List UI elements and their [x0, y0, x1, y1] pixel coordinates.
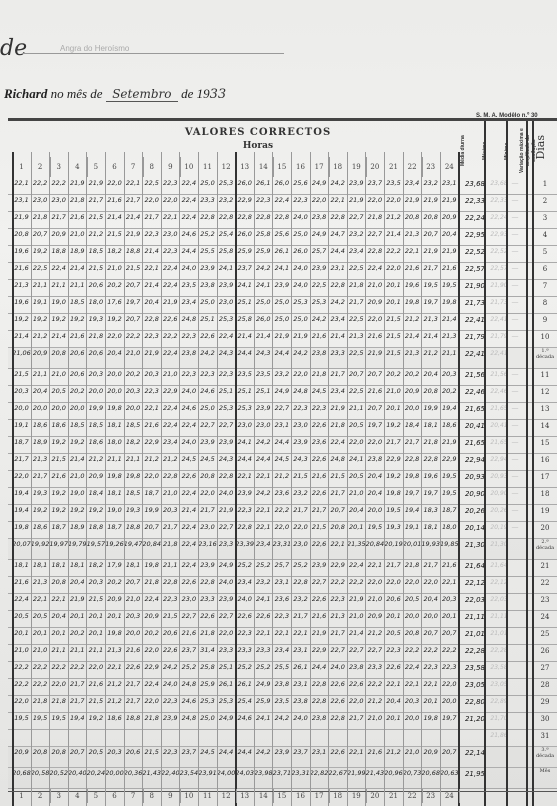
- hourly-value: 23,9: [198, 264, 217, 272]
- hourly-value: 22,4: [217, 332, 236, 340]
- day-number: 2.ª década: [534, 539, 556, 551]
- hourly-value: 23,9: [217, 595, 236, 603]
- hourly-value: 24,1: [254, 281, 273, 289]
- daily-mean: 22,80: [464, 698, 486, 706]
- hourly-value: 18,9: [68, 247, 87, 255]
- hourly-value: 19,3: [86, 315, 105, 323]
- day-number: 28: [534, 681, 556, 689]
- hourly-value: 22,4: [272, 196, 291, 204]
- hourly-value: 24,2: [291, 349, 310, 357]
- hourly-value: 22,2: [12, 663, 31, 671]
- hourly-value: 20,9: [365, 298, 384, 306]
- hourly-value: 21,06: [12, 349, 31, 357]
- hourly-value: 18,9: [68, 523, 87, 531]
- hourly-value: 22,0: [217, 629, 236, 637]
- hourly-value: 19,6: [12, 247, 31, 255]
- hourly-value: 22,2: [68, 663, 87, 671]
- hourly-value: 22,1: [254, 523, 273, 531]
- hourly-value: 20,3: [440, 595, 459, 603]
- hourly-value: 23,1: [440, 179, 459, 187]
- hourly-value: 23,8: [310, 349, 329, 357]
- hourly-value: 21,7: [328, 629, 347, 637]
- hourly-value: 18,5: [86, 247, 105, 255]
- hourly-value: 21,6: [68, 213, 87, 221]
- hourly-value: 21,7: [291, 506, 310, 514]
- table-row: 21,621,320,820,420,320,220,721,822,822,6…: [8, 576, 557, 594]
- daily-min: —: [508, 472, 522, 480]
- hourly-value: 23,9: [161, 714, 180, 722]
- hourly-value: 25,0: [272, 298, 291, 306]
- hourly-value: 22,1: [254, 472, 273, 480]
- hourly-value: 20,9: [31, 349, 50, 357]
- hourly-value: 24,6: [179, 697, 198, 705]
- hourly-value: 23,3: [198, 595, 217, 603]
- hourly-value: 21,5: [86, 595, 105, 603]
- hourly-value: 21,5: [142, 748, 161, 756]
- hourly-value: 20,9: [12, 748, 31, 756]
- day-number: 14: [534, 422, 556, 430]
- hourly-value: 22,7: [347, 213, 366, 221]
- hourly-value: 22,4: [142, 595, 161, 603]
- hourly-value: 20,0: [105, 387, 124, 395]
- hourly-value: 23,4: [272, 646, 291, 654]
- hourly-value: 20,0: [124, 404, 143, 412]
- hourly-value: 22,1: [440, 578, 459, 586]
- daily-mean: 21,65: [464, 405, 486, 413]
- hourly-value: 21,8: [142, 714, 161, 722]
- hourly-value: 21,6: [142, 421, 161, 429]
- hourly-value: 21,5: [384, 349, 403, 357]
- hourly-value: 20,0: [124, 629, 143, 637]
- hourly-value: 25,0: [198, 179, 217, 187]
- hourly-value: 21,8: [347, 281, 366, 289]
- table-row: 21,8631: [8, 729, 557, 747]
- hourly-value: 22,6: [198, 332, 217, 340]
- hourly-value: 22,3: [142, 230, 161, 238]
- hourly-value: 22,0: [384, 578, 403, 586]
- hourly-value: 23,4: [328, 387, 347, 395]
- hourly-value: 21,2: [384, 213, 403, 221]
- hourly-value: 22,7: [347, 646, 366, 654]
- hourly-value: 21,9: [272, 332, 291, 340]
- hourly-value: 21,4: [403, 332, 422, 340]
- hourly-value: 19,8: [105, 629, 124, 637]
- hourly-value: 20,6: [161, 629, 180, 637]
- hourly-value: 20,84: [142, 540, 161, 548]
- hourly-value: 20,3: [86, 578, 105, 586]
- table-row: 22,222,222,021,721,621,221,722,424,024,8…: [8, 678, 557, 696]
- hourly-value: 21,3: [347, 332, 366, 340]
- hourly-value: 21,3: [403, 349, 422, 357]
- hourly-value: 22,8: [421, 455, 440, 463]
- hourly-value: 22,7: [328, 646, 347, 654]
- hourly-value: 23,1: [12, 196, 31, 204]
- year-prefix: de 19: [181, 86, 210, 101]
- hourly-value: 22,1: [49, 595, 68, 603]
- hourly-value: 20,1: [86, 612, 105, 620]
- hourly-value: 18,8: [86, 523, 105, 531]
- hourly-value: 21,6: [310, 332, 329, 340]
- hourly-value: 18,5: [68, 298, 87, 306]
- grid-line: [403, 152, 404, 806]
- hourly-value: 20,68: [12, 769, 31, 777]
- daily-mean: 21,01: [464, 630, 486, 638]
- hourly-value: 18,2: [124, 438, 143, 446]
- hourly-value: 23,91: [198, 769, 217, 777]
- hourly-value: 20,1: [384, 404, 403, 412]
- hourly-value: 22,5: [347, 264, 366, 272]
- hourly-value: 21,9: [440, 247, 459, 255]
- hourly-value: 19,1: [403, 523, 422, 531]
- hourly-value: 21,1: [68, 281, 87, 289]
- hourly-value: 20,63: [440, 769, 459, 777]
- table-row: 23,123,023,021,821,721,621,722,022,022,4…: [8, 194, 557, 212]
- hourly-value: 20,4: [365, 489, 384, 497]
- table-row: 22,122,222,221,921,922,022,122,522,322,4…: [8, 177, 557, 195]
- hourly-value: 21,9: [440, 196, 459, 204]
- grid-line: [68, 152, 69, 806]
- daily-mean: 21,56: [464, 371, 486, 379]
- summary-row: 20,920,820,820,720,520,320,621,522,323,7…: [8, 746, 557, 768]
- daily-min: —: [508, 230, 522, 238]
- hourly-value: 18,7: [12, 438, 31, 446]
- hourly-value: 24,4: [310, 663, 329, 671]
- hourly-value: 21,7: [198, 506, 217, 514]
- hourly-value: 20,68: [421, 769, 440, 777]
- hourly-value: 21,6: [440, 264, 459, 272]
- hourly-value: 21,6: [12, 264, 31, 272]
- hourly-value: 26,0: [272, 179, 291, 187]
- hourly-value: 18,6: [31, 421, 50, 429]
- grid-line: [235, 152, 237, 806]
- hourly-value: 18,6: [49, 421, 68, 429]
- hourly-value: 20,7: [347, 370, 366, 378]
- hourly-value: 23,2: [254, 578, 273, 586]
- hourly-value: 22,0: [384, 264, 403, 272]
- hourly-value: 24,2: [328, 298, 347, 306]
- hourly-value: 19,2: [86, 506, 105, 514]
- hourly-value: 18,7: [49, 523, 68, 531]
- hourly-value: 22,8: [291, 578, 310, 586]
- hourly-value: 26,1: [291, 663, 310, 671]
- hourly-value: 20,2: [440, 387, 459, 395]
- hourly-value: 21,8: [161, 540, 180, 548]
- hourly-value: 22,8: [217, 213, 236, 221]
- hourly-value: 19,2: [12, 315, 31, 323]
- hourly-value: 22,6: [310, 489, 329, 497]
- hourly-value: 21,2: [365, 697, 384, 705]
- hourly-value: 21,6: [440, 561, 459, 569]
- hourly-value: 21,3: [440, 332, 459, 340]
- hourly-value: 22,2: [421, 646, 440, 654]
- hourly-value: 20,3: [105, 748, 124, 756]
- footer-hour: 22: [403, 789, 423, 803]
- hourly-value: 25,0: [291, 230, 310, 238]
- hourly-value: 23,8: [272, 680, 291, 688]
- footer-hour-row: 123456789101112131415161718192021222324: [8, 791, 557, 806]
- hourly-value: 24,0: [235, 595, 254, 603]
- hourly-value: 22,1: [142, 404, 161, 412]
- hourly-value: 21,7: [124, 196, 143, 204]
- hourly-value: 19,1: [12, 421, 31, 429]
- table-row: 22,021,721,621,020,919,819,822,022,822,6…: [8, 470, 557, 488]
- hourly-value: 22,9: [142, 438, 161, 446]
- hourly-value: 21,9: [142, 349, 161, 357]
- hourly-value: 19,97: [49, 540, 68, 548]
- hourly-value: 22,8: [235, 523, 254, 531]
- hourly-value: 20,0: [440, 697, 459, 705]
- hourly-values-table: VALORES CORRECTOS Horas 1234567891011121…: [8, 118, 557, 806]
- hourly-value: 23,8: [179, 349, 198, 357]
- hourly-value: 22,2: [440, 646, 459, 654]
- hourly-value: 19,93: [421, 540, 440, 548]
- hourly-value: 23,16: [198, 540, 217, 548]
- day-number: 21: [534, 562, 556, 570]
- table-row: 22,021,821,821,721,521,221,722,022,324,6…: [8, 695, 557, 713]
- hourly-value: 23,0: [291, 540, 310, 548]
- hourly-value: 22,3: [142, 387, 161, 395]
- station-underline: [22, 53, 284, 54]
- hourly-value: 25,9: [235, 247, 254, 255]
- table-row: 19,619,218,818,918,518,218,821,422,324,4…: [8, 245, 557, 263]
- hourly-value: 20,4: [31, 387, 50, 395]
- hourly-value: 19,5: [440, 281, 459, 289]
- hourly-value: 19,8: [105, 472, 124, 480]
- hourly-value: 23,39: [235, 540, 254, 548]
- hourly-value: 20,1: [105, 612, 124, 620]
- hourly-value: 19,7: [421, 298, 440, 306]
- hourly-value: 19,5: [384, 506, 403, 514]
- grid-line: [526, 121, 528, 806]
- hourly-value: 21,7: [310, 506, 329, 514]
- daily-min: —: [508, 421, 522, 429]
- hourly-value: 18,1: [12, 561, 31, 569]
- hourly-value: 22,8: [328, 714, 347, 722]
- hourly-value: 19,0: [68, 489, 87, 497]
- hourly-value: 20,8: [12, 230, 31, 238]
- day-number: Mês: [534, 768, 556, 774]
- hourly-value: 19,2: [49, 506, 68, 514]
- hourly-value: 19,2: [49, 438, 68, 446]
- hourly-value: 19,6: [12, 298, 31, 306]
- hourly-value: 20,7: [68, 748, 87, 756]
- hourly-value: 22,0: [12, 472, 31, 480]
- hourly-value: 25,1: [217, 387, 236, 395]
- hourly-value: 21,8: [49, 697, 68, 705]
- hourly-value: 22,3: [161, 748, 180, 756]
- hourly-value: 21,5: [291, 472, 310, 480]
- hourly-value: 21,4: [421, 332, 440, 340]
- daily-mean: 23,05: [464, 681, 486, 689]
- hourly-value: 23,8: [365, 455, 384, 463]
- hourly-value: 22,3: [310, 404, 329, 412]
- hourly-value: 18,8: [49, 247, 68, 255]
- hourly-value: 23,9: [272, 748, 291, 756]
- hourly-value: 19,8: [142, 561, 161, 569]
- hourly-value: 20,1: [86, 629, 105, 637]
- hourly-value: 25,2: [179, 663, 198, 671]
- hourly-value: 25,1: [235, 387, 254, 395]
- hourly-value: 19,26: [105, 540, 124, 548]
- daily-mean: 21,64: [464, 562, 486, 570]
- hourly-value: 21,8: [198, 629, 217, 637]
- hourly-value: 25,6: [291, 179, 310, 187]
- hourly-value: 26,1: [254, 179, 273, 187]
- hourly-value: 22,8: [254, 213, 273, 221]
- hourly-value: 22,6: [328, 748, 347, 756]
- day-number: 22: [534, 579, 556, 587]
- hourly-value: 21,6: [179, 629, 198, 637]
- hourly-value: 22,2: [12, 680, 31, 688]
- hourly-value: 18,0: [86, 298, 105, 306]
- hourly-value: 24,3: [291, 455, 310, 463]
- station-prefix: de: [0, 36, 27, 61]
- hourly-value: 21,0: [124, 349, 143, 357]
- hourly-value: 21,8: [365, 213, 384, 221]
- hourly-value: 22,67: [328, 769, 347, 777]
- day-number: 12: [534, 388, 556, 396]
- hourly-value: 22,1: [12, 179, 31, 187]
- footer-hour: 3: [49, 789, 69, 803]
- hourly-value: 24,9: [217, 714, 236, 722]
- hourly-value: 21,2: [31, 332, 50, 340]
- hourly-value: 20,4: [105, 349, 124, 357]
- hourly-value: 22,4: [161, 264, 180, 272]
- hourly-value: 22,3: [440, 663, 459, 671]
- hourly-value: 21,7: [86, 196, 105, 204]
- hourly-value: 23,4: [328, 315, 347, 323]
- grid-line: [179, 152, 180, 806]
- hourly-value: 21,8: [142, 578, 161, 586]
- hourly-value: 25,0: [198, 714, 217, 722]
- hourly-value: 20,0: [421, 612, 440, 620]
- hourly-value: 21,4: [68, 455, 87, 463]
- hourly-value: 17,9: [105, 561, 124, 569]
- hour-header: 12: [217, 157, 237, 177]
- hourly-value: 18,1: [124, 561, 143, 569]
- hourly-value: 20,8: [328, 523, 347, 531]
- hourly-value: 20,0: [49, 404, 68, 412]
- hourly-value: 19,8: [403, 298, 422, 306]
- hourly-value: 24,8: [291, 387, 310, 395]
- hourly-value: 19,7: [403, 489, 422, 497]
- hourly-value: 23,4: [347, 247, 366, 255]
- hourly-value: 25,5: [198, 247, 217, 255]
- hourly-value: 23,9: [272, 281, 291, 289]
- hourly-value: 22,8: [365, 247, 384, 255]
- hourly-value: 22,8: [235, 213, 254, 221]
- grid-line: [440, 152, 441, 806]
- hourly-value: 19,5: [12, 714, 31, 722]
- hourly-value: 24,9: [272, 387, 291, 395]
- hourly-value: 21,4: [124, 213, 143, 221]
- hour-header: 19: [347, 157, 367, 177]
- hourly-value: 24,4: [272, 349, 291, 357]
- hourly-value: 20,4: [347, 506, 366, 514]
- hourly-value: 20,4: [421, 595, 440, 603]
- hourly-value: 23,0: [254, 421, 273, 429]
- footer-hour: 24: [440, 789, 460, 803]
- hourly-value: 19,7: [440, 714, 459, 722]
- hourly-value: 21,9: [68, 179, 87, 187]
- hourly-value: 21,0: [403, 748, 422, 756]
- hourly-value: 21,0: [68, 230, 87, 238]
- hourly-value: 24,5: [310, 387, 329, 395]
- hourly-value: 20,5: [347, 421, 366, 429]
- hour-header: 1: [12, 157, 32, 177]
- hourly-value: 25,9: [198, 680, 217, 688]
- hourly-value: 22,4: [179, 561, 198, 569]
- hourly-value: 18,8: [124, 714, 143, 722]
- hourly-value: 20,6: [384, 595, 403, 603]
- hourly-value: 23,3: [254, 646, 273, 654]
- hourly-value: 21,2: [384, 748, 403, 756]
- table-row: 19,419,219,219,219,219,019,319,920,321,4…: [8, 504, 557, 522]
- hourly-value: 21,4: [347, 629, 366, 637]
- hourly-value: 21,6: [49, 472, 68, 480]
- hourly-value: 22,3: [272, 612, 291, 620]
- footer-hour: 18: [328, 789, 348, 803]
- hourly-value: 23,8: [198, 281, 217, 289]
- table-row: 18,718,919,219,218,618,018,222,923,424,0…: [8, 436, 557, 454]
- hourly-value: 25,6: [272, 230, 291, 238]
- hourly-value: 24,9: [217, 561, 236, 569]
- hourly-value: 20,19: [384, 540, 403, 548]
- hourly-value: 26,1: [272, 247, 291, 255]
- hourly-value: 20,3: [124, 387, 143, 395]
- hourly-value: 22,0: [142, 697, 161, 705]
- hourly-value: 21,8: [68, 196, 87, 204]
- hourly-value: 20,36: [124, 769, 143, 777]
- daily-min: —: [508, 387, 522, 395]
- hourly-value: 24,0: [328, 663, 347, 671]
- hourly-value: 22,4: [179, 489, 198, 497]
- hourly-value: 22,8: [198, 213, 217, 221]
- hourly-value: 20,0: [403, 714, 422, 722]
- hourly-value: 22,0: [142, 472, 161, 480]
- hourly-value: 23,3: [328, 349, 347, 357]
- hourly-value: 23,0: [31, 196, 50, 204]
- daily-mean: 22,24: [464, 214, 486, 222]
- hourly-value: 21,5: [86, 264, 105, 272]
- hourly-value: 22,5: [347, 315, 366, 323]
- hour-header: 5: [86, 157, 106, 177]
- hourly-value: 25,3: [217, 315, 236, 323]
- hourly-value: 22,3: [179, 370, 198, 378]
- hourly-value: 22,3: [142, 332, 161, 340]
- footer-hour: 9: [161, 789, 181, 803]
- hourly-value: 22,6: [384, 663, 403, 671]
- hourly-value: 25,3: [217, 179, 236, 187]
- daily-mean: 21,11: [464, 613, 486, 621]
- hourly-value: 22,1: [403, 247, 422, 255]
- hourly-value: 18,6: [31, 523, 50, 531]
- hourly-value: 24,5: [179, 455, 198, 463]
- grid-line: [328, 152, 329, 806]
- hourly-value: 24,2: [254, 489, 273, 497]
- hourly-value: 22,3: [161, 247, 180, 255]
- hourly-value: 19,8: [440, 298, 459, 306]
- hourly-value: 22,4: [179, 540, 198, 548]
- hourly-value: 22,1: [142, 264, 161, 272]
- hourly-value: 20,2: [68, 387, 87, 395]
- hourly-value: 24,0: [291, 281, 310, 289]
- hourly-value: 18,7: [142, 489, 161, 497]
- hourly-value: 20,1: [384, 298, 403, 306]
- daily-min: —: [508, 370, 522, 378]
- hourly-value: 23,4: [254, 540, 273, 548]
- hourly-value: 18,4: [86, 489, 105, 497]
